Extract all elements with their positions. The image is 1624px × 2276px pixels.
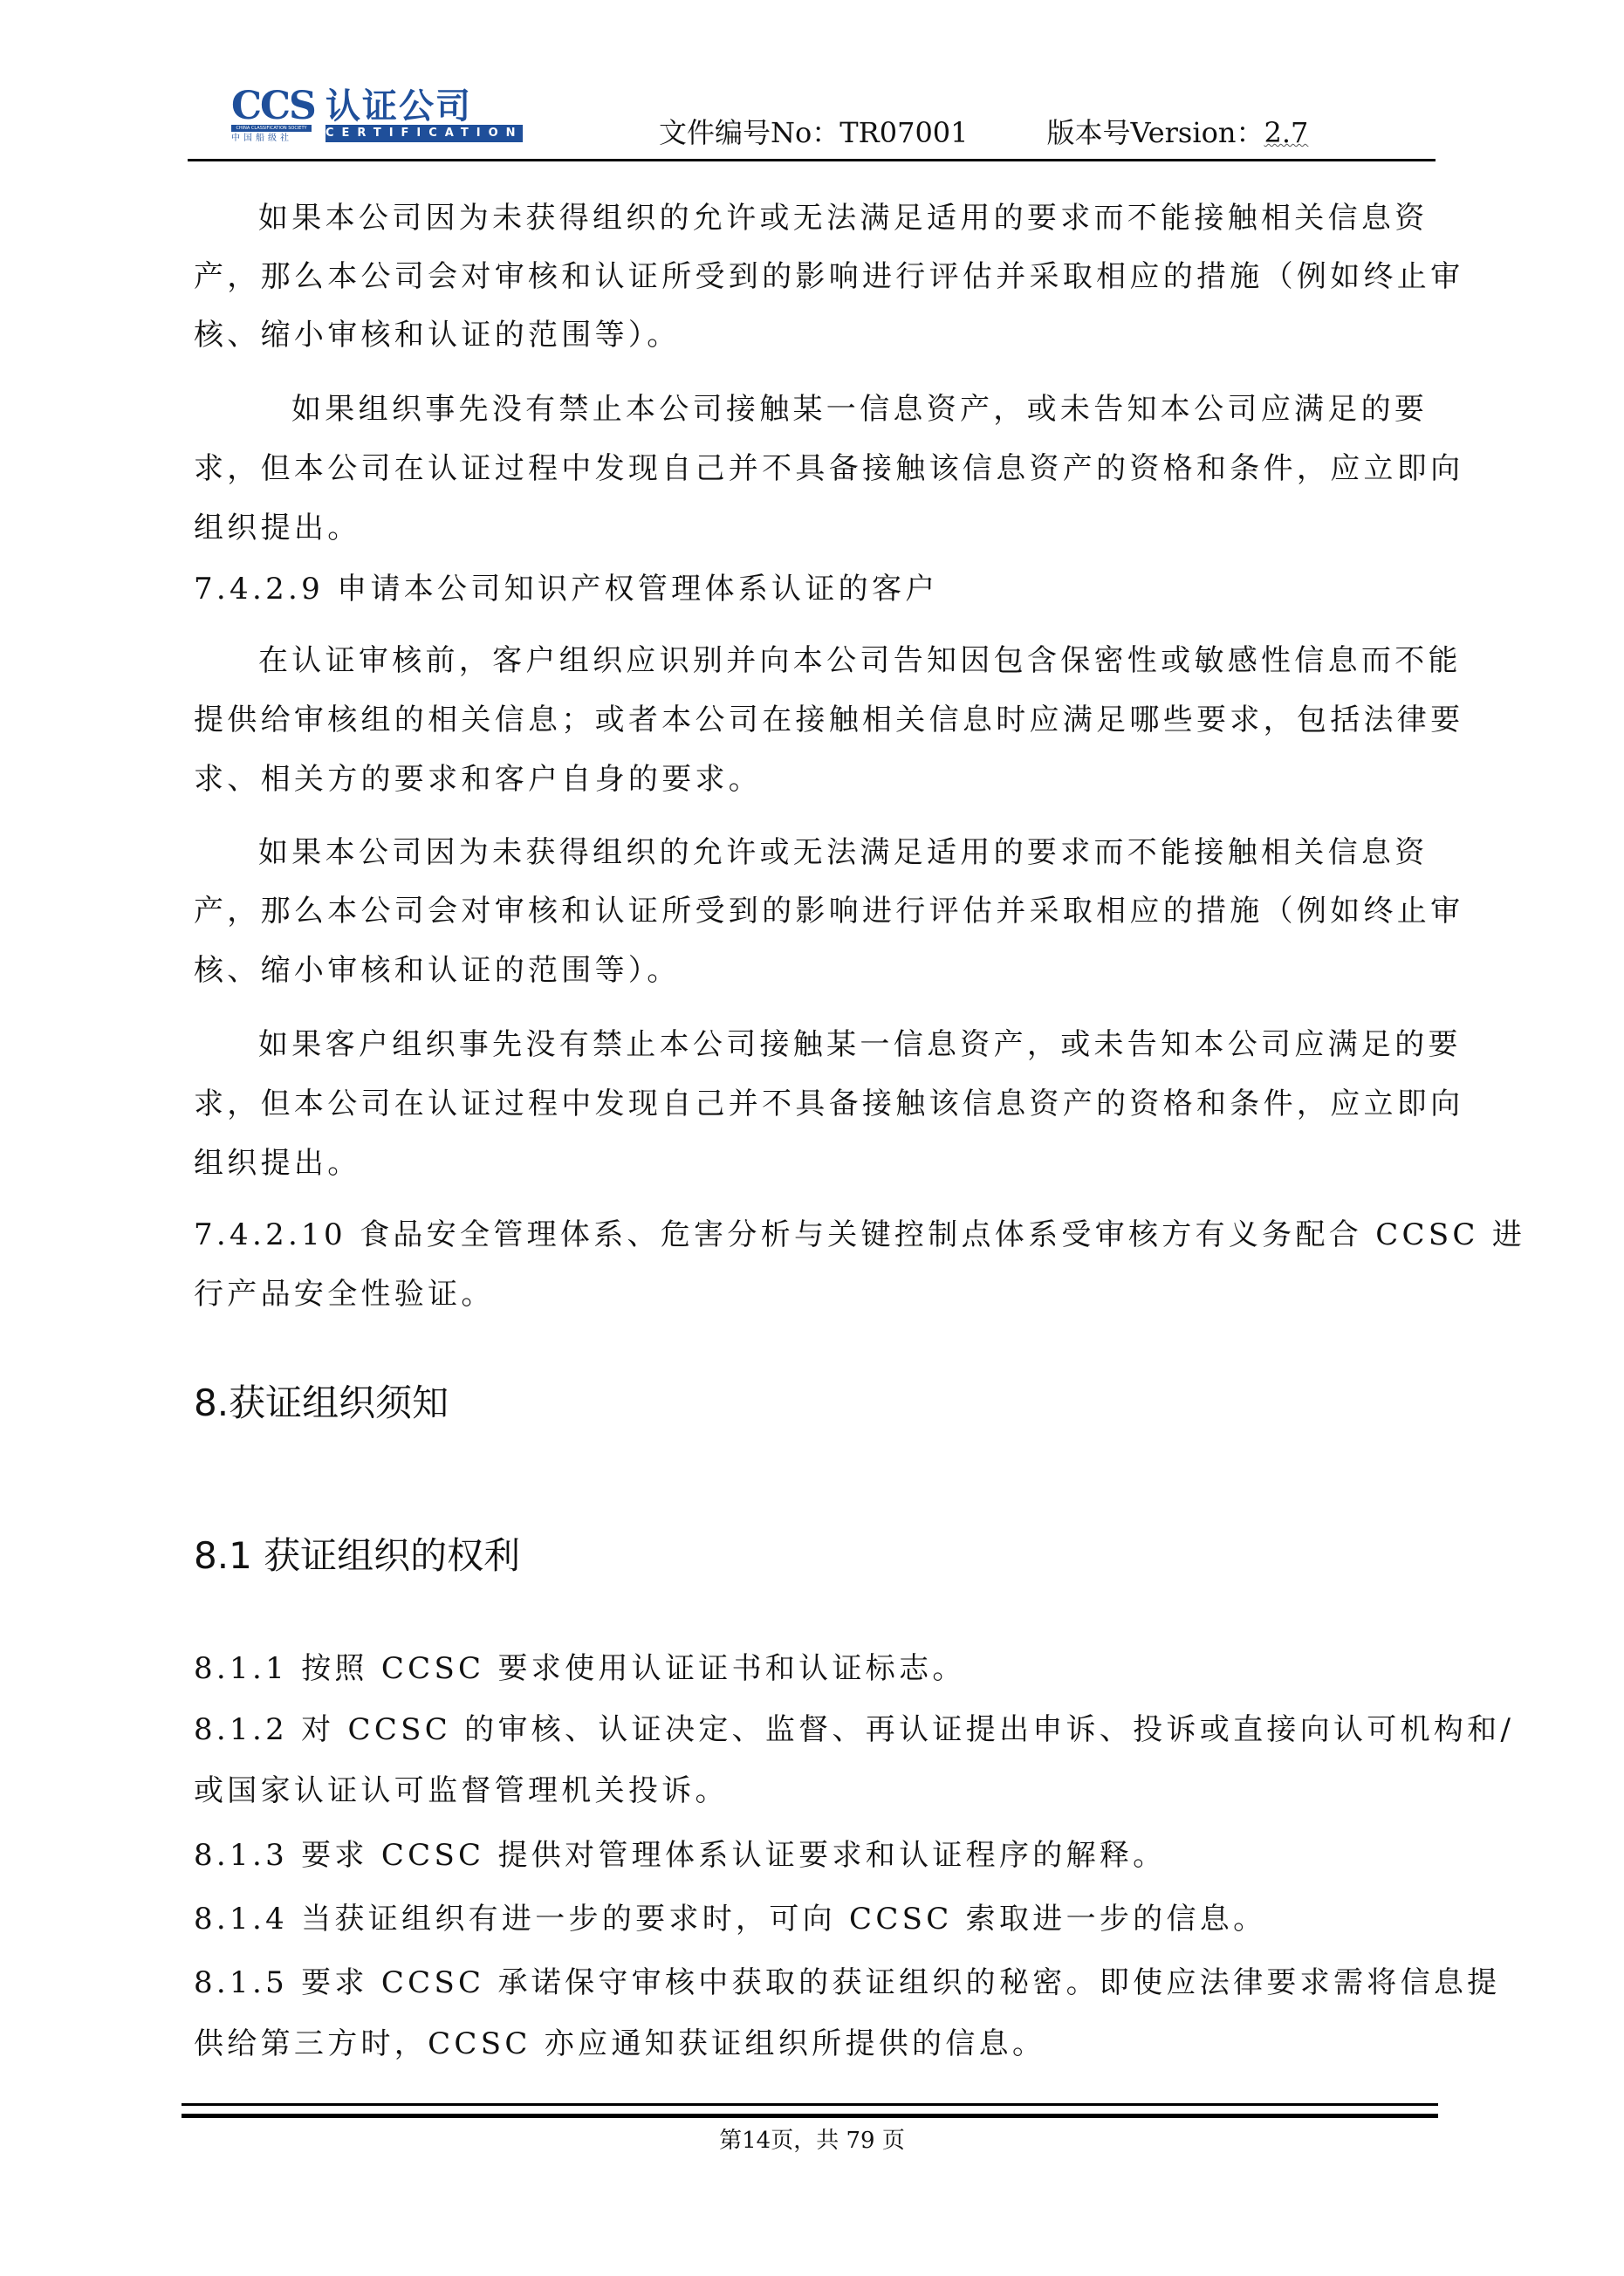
heading-section-8: 8.获证组织须知 bbox=[194, 1381, 449, 1425]
paragraph-line: 求，但本公司在认证过程中发现自己并不具备接触该信息资产的资格和条件，应立即向 bbox=[194, 1085, 1463, 1123]
list-item-8-1-5: 8.1.5 要求 CCSC 承诺保守审核中获取的获证组织的秘密。即使应法律要求需… bbox=[194, 1964, 1500, 2002]
logo-certification: CERTIFICATION bbox=[325, 125, 523, 142]
header-divider bbox=[188, 159, 1436, 161]
list-item-8-1-2-cont: 或国家认证认可监督管理机关投诉。 bbox=[194, 1772, 729, 1810]
page-header: CCS CHINA CLASSIFICATION SOCIETY 中国船级社 认… bbox=[188, 0, 1436, 166]
logo-society-cn: 中国船级社 bbox=[231, 134, 312, 144]
paragraph-line: 核、缩小审核和认证的范围等）。 bbox=[194, 951, 681, 990]
section-heading-7-4-2-9: 7.4.2.9 申请本公司知识产权管理体系认证的客户 bbox=[194, 570, 939, 608]
paragraph-line: 如果组织事先没有禁止本公司接触某一信息资产，或未告知本公司应满足的要 bbox=[291, 390, 1428, 428]
ccs-certification-logo: CCS CHINA CLASSIFICATION SOCIETY 中国船级社 认… bbox=[231, 87, 545, 144]
paragraph-line: 在认证审核前，客户组织应识别并向本公司告知因包含保密性或敏感性信息而不能 bbox=[258, 641, 1462, 680]
paragraph-line: 如果本公司因为未获得组织的允许或无法满足适用的要求而不能接触相关信息资 bbox=[258, 833, 1429, 872]
paragraph-line: 求，但本公司在认证过程中发现自己并不具备接触该信息资产的资格和条件，应立即向 bbox=[194, 449, 1463, 488]
paragraph-line: 产，那么本公司会对审核和认证所受到的影响进行评估并采取相应的措施（例如终止审 bbox=[194, 892, 1463, 930]
paragraph-line: 组织提出。 bbox=[194, 1144, 361, 1183]
logo-company-cn: 认证公司 bbox=[325, 87, 472, 126]
paragraph-line: 组织提出。 bbox=[194, 509, 361, 547]
logo-society-en: CHINA CLASSIFICATION SOCIETY bbox=[231, 125, 312, 132]
paragraph-line: 如果客户组织事先没有禁止本公司接触某一信息资产，或未告知本公司应满足的要 bbox=[258, 1025, 1462, 1064]
doc-no-label: 文件编号No： bbox=[659, 116, 839, 149]
document-meta: 文件编号No：TR07001版本号Version：2.7 bbox=[659, 115, 1308, 150]
paragraph-line: 如果本公司因为未获得组织的允许或无法满足适用的要求而不能接触相关信息资 bbox=[258, 199, 1429, 237]
paragraph-line: 产，那么本公司会对审核和认证所受到的影响进行评估并采取相应的措施（例如终止审 bbox=[194, 257, 1463, 296]
footer-divider-thick bbox=[182, 2114, 1438, 2118]
version-label: 版本号Version： bbox=[1047, 116, 1264, 149]
list-item-8-1-5-cont: 供给第三方时，CCSC 亦应通知获证组织所提供的信息。 bbox=[194, 2025, 1045, 2063]
list-item-8-1-1: 8.1.1 按照 CCSC 要求使用认证证书和认证标志。 bbox=[194, 1649, 966, 1688]
version-value: 2.7 bbox=[1264, 116, 1308, 149]
list-item-8-1-4: 8.1.4 当获证组织有进一步的要求时，可向 CCSC 索取进一步的信息。 bbox=[194, 1900, 1266, 1938]
paragraph-line: 提供给审核组的相关信息；或者本公司在接触相关信息时应满足哪些要求，包括法律要 bbox=[194, 701, 1463, 739]
paragraph-line: 行产品安全性验证。 bbox=[194, 1275, 495, 1313]
logo-ccs-mark: CCS bbox=[231, 87, 315, 126]
section-heading-7-4-2-10: 7.4.2.10 食品安全管理体系、危害分析与关键控制点体系受审核方有义务配合 … bbox=[194, 1216, 1525, 1254]
paragraph-line: 求、相关方的要求和客户自身的要求。 bbox=[194, 760, 762, 799]
footer-divider-thin bbox=[182, 2103, 1438, 2106]
page-number: 第14页，共 79 页 bbox=[0, 2126, 1624, 2156]
paragraph-line: 核、缩小审核和认证的范围等）。 bbox=[194, 316, 681, 354]
doc-no: TR07001 bbox=[839, 116, 968, 149]
list-item-8-1-3: 8.1.3 要求 CCSC 提供对管理体系认证要求和认证程序的解释。 bbox=[194, 1836, 1166, 1875]
list-item-8-1-2: 8.1.2 对 CCSC 的审核、认证决定、监督、再认证提出申诉、投诉或直接向认… bbox=[194, 1710, 1514, 1749]
heading-section-8-1: 8.1 获证组织的权利 bbox=[194, 1534, 520, 1578]
